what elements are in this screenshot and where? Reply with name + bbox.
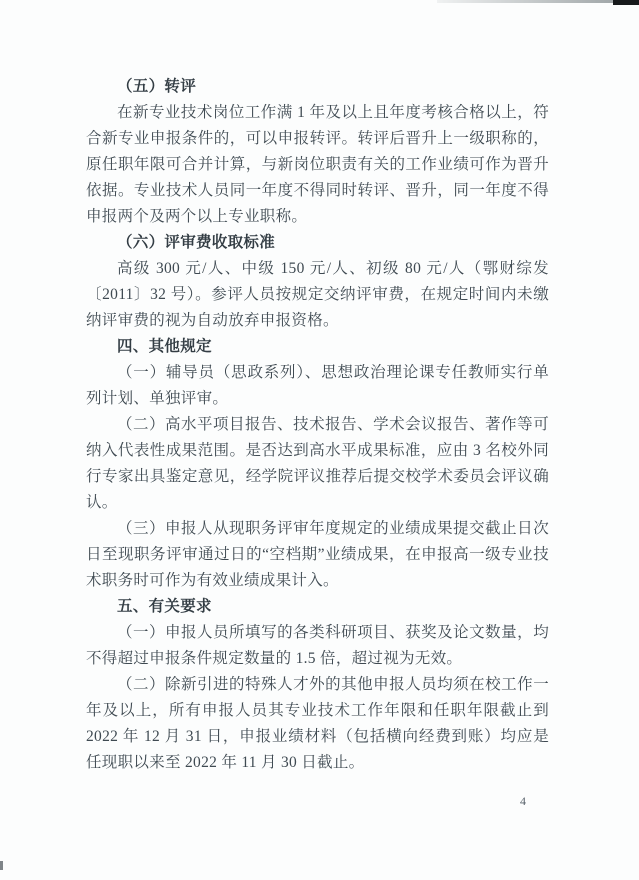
document-body: （五）转评 在新专业技术岗位工作满 1 年及以上且年度考核合格以上，符合新专业申… (86, 74, 549, 776)
paragraph: （一）辅导员（思政系列）、思想政治理论课专任教师实行单列计划、单独评审。 (86, 360, 549, 412)
scan-speck-artifact (0, 861, 3, 870)
section-heading: 四、其他规定 (86, 334, 549, 360)
paragraph: （二）高水平项目报告、技术报告、学术会议报告、著作等可纳入代表性成果范围。是否达… (86, 412, 549, 516)
paragraph: （一）申报人员所填写的各类科研项目、获奖及论文数量，均不得超过申报条件规定数量的… (86, 620, 549, 672)
section-heading: （六）评审费收取标准 (86, 230, 549, 256)
section-heading: （五）转评 (86, 74, 549, 100)
scan-corner-artifact (613, 0, 639, 5)
paragraph: 在新专业技术岗位工作满 1 年及以上且年度考核合格以上，符合新专业申报条件的，可… (86, 100, 549, 230)
scan-edge-artifact (437, 0, 639, 3)
section-other-rules: 四、其他规定 （一）辅导员（思政系列）、思想政治理论课专任教师实行单列计划、单独… (86, 334, 549, 594)
section-zhuanping: （五）转评 在新专业技术岗位工作满 1 年及以上且年度考核合格以上，符合新专业申… (86, 74, 549, 230)
page-number: 4 (516, 793, 530, 809)
paragraph: （三）申报人从现职务评审年度规定的业绩成果提交截止日次日至现职务评审通过日的“空… (86, 516, 549, 594)
paragraph: 高级 300 元/人、中级 150 元/人、初级 80 元/人（鄂财综发〔201… (86, 256, 549, 334)
section-requirements: 五、有关要求 （一）申报人员所填写的各类科研项目、获奖及论文数量，均不得超过申报… (86, 594, 549, 776)
section-review-fee: （六）评审费收取标准 高级 300 元/人、中级 150 元/人、初级 80 元… (86, 230, 549, 334)
section-heading: 五、有关要求 (86, 594, 549, 620)
scanned-document-page: （五）转评 在新专业技术岗位工作满 1 年及以上且年度考核合格以上，符合新专业申… (0, 0, 639, 880)
paragraph: （二）除新引进的特殊人才外的其他申报人员均须在校工作一年及以上，所有申报人员其专… (86, 672, 549, 776)
